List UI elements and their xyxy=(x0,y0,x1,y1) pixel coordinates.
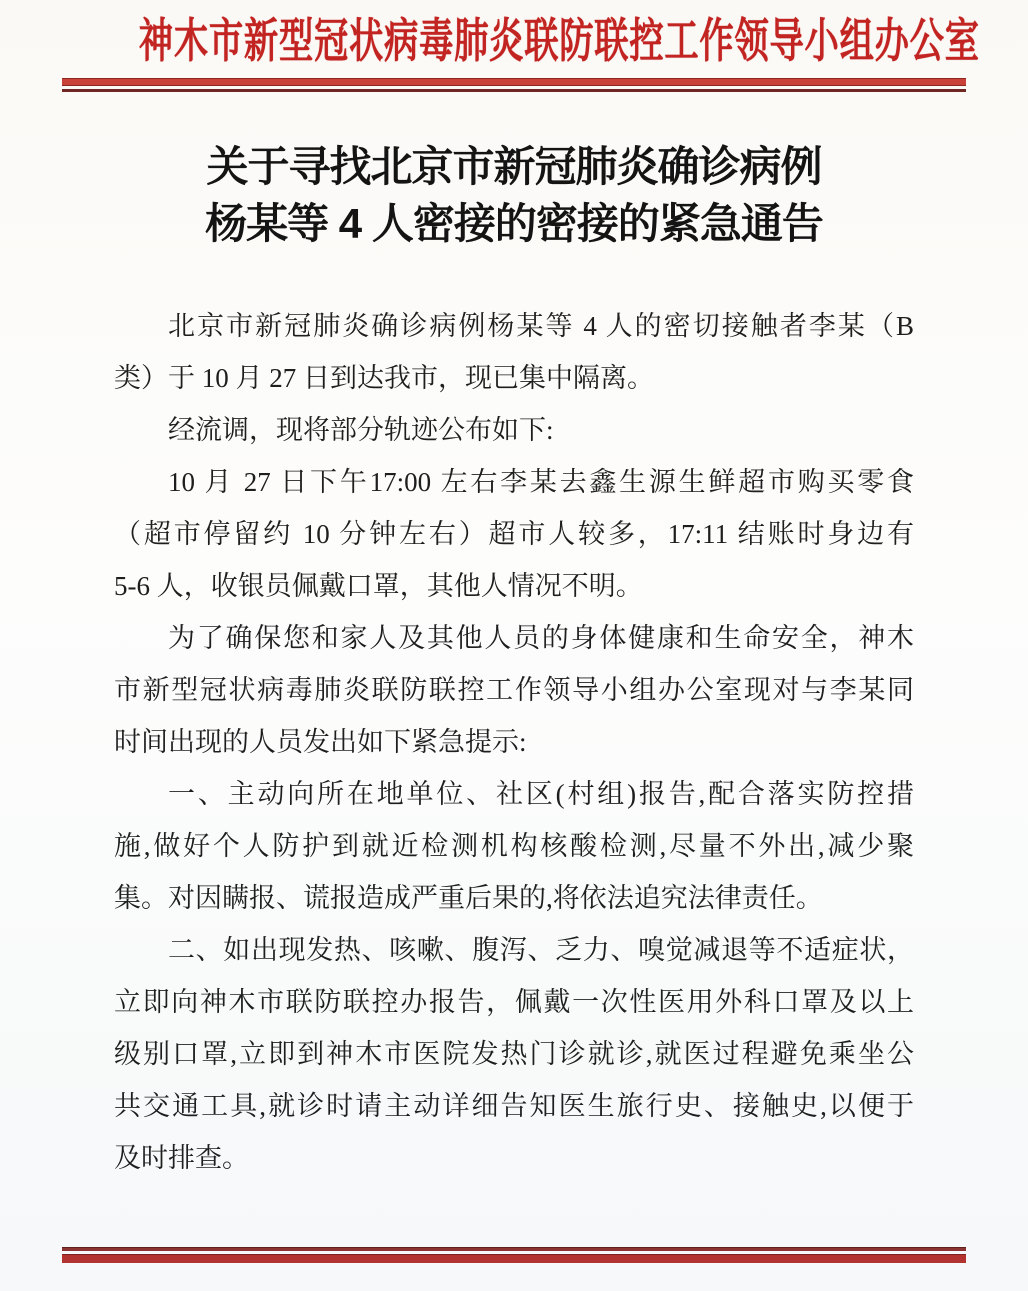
body-line: 北京市新冠肺炎确诊病例杨某等 4 人的密切接触者李某（B xyxy=(114,300,914,352)
notice-body: 北京市新冠肺炎确诊病例杨某等 4 人的密切接触者李某（B类）于 10 月 27 … xyxy=(114,300,914,1184)
body-line: 经流调，现将部分轨迹公布如下: xyxy=(114,404,914,456)
header-rule-thick xyxy=(62,78,966,86)
footer-rule-thin xyxy=(62,1247,966,1251)
notice-title-line2: 杨某等 4 人密接的密接的紧急通告 xyxy=(0,195,1028,252)
body-line: 时间出现的人员发出如下紧急提示: xyxy=(114,716,914,768)
notice-title: 关于寻找北京市新冠肺炎确诊病例 杨某等 4 人密接的密接的紧急通告 xyxy=(0,138,1028,252)
body-line: 市新型冠状病毒肺炎联防联控工作领导小组办公室现对与李某同 xyxy=(114,664,914,716)
notice-page: 神木市新型冠状病毒肺炎联防联控工作领导小组办公室 关于寻找北京市新冠肺炎确诊病例… xyxy=(0,0,1028,1291)
header-rule-thin xyxy=(62,89,966,92)
body-line: 5-6 人，收银员佩戴口罩，其他人情况不明。 xyxy=(114,560,914,612)
agency-header-title: 神木市新型冠状病毒肺炎联防联控工作领导小组办公室 xyxy=(139,14,889,70)
body-line: 为了确保您和家人及其他人员的身体健康和生命安全，神木 xyxy=(114,612,914,664)
body-line: 施,做好个人防护到就近检测机构核酸检测,尽量不外出,减少聚 xyxy=(114,820,914,872)
body-line: 10 月 27 日下午17:00 左右李某去鑫生源生鲜超市购买零食 xyxy=(114,456,914,508)
body-line: 类）于 10 月 27 日到达我市，现已集中隔离。 xyxy=(114,352,914,404)
footer-rule-thick xyxy=(62,1254,966,1263)
body-line: 立即向神木市联防联控办报告，佩戴一次性医用外科口罩及以上 xyxy=(114,976,914,1028)
body-line: 一、主动向所在地单位、社区(村组)报告,配合落实防控措 xyxy=(114,768,914,820)
notice-title-line1: 关于寻找北京市新冠肺炎确诊病例 xyxy=(0,138,1028,195)
body-line: 级别口罩,立即到神木市医院发热门诊就诊,就医过程避免乘坐公 xyxy=(114,1028,914,1080)
body-line: 及时排查。 xyxy=(114,1132,914,1184)
body-line: 集。对因瞒报、谎报造成严重后果的,将依法追究法律责任。 xyxy=(114,872,914,924)
body-line: （超市停留约 10 分钟左右）超市人较多，17:11 结账时身边有 xyxy=(114,508,914,560)
body-line: 二、如出现发热、咳嗽、腹泻、乏力、嗅觉减退等不适症状， xyxy=(114,924,914,976)
body-line: 共交通工具,就诊时请主动详细告知医生旅行史、接触史,以便于 xyxy=(114,1080,914,1132)
